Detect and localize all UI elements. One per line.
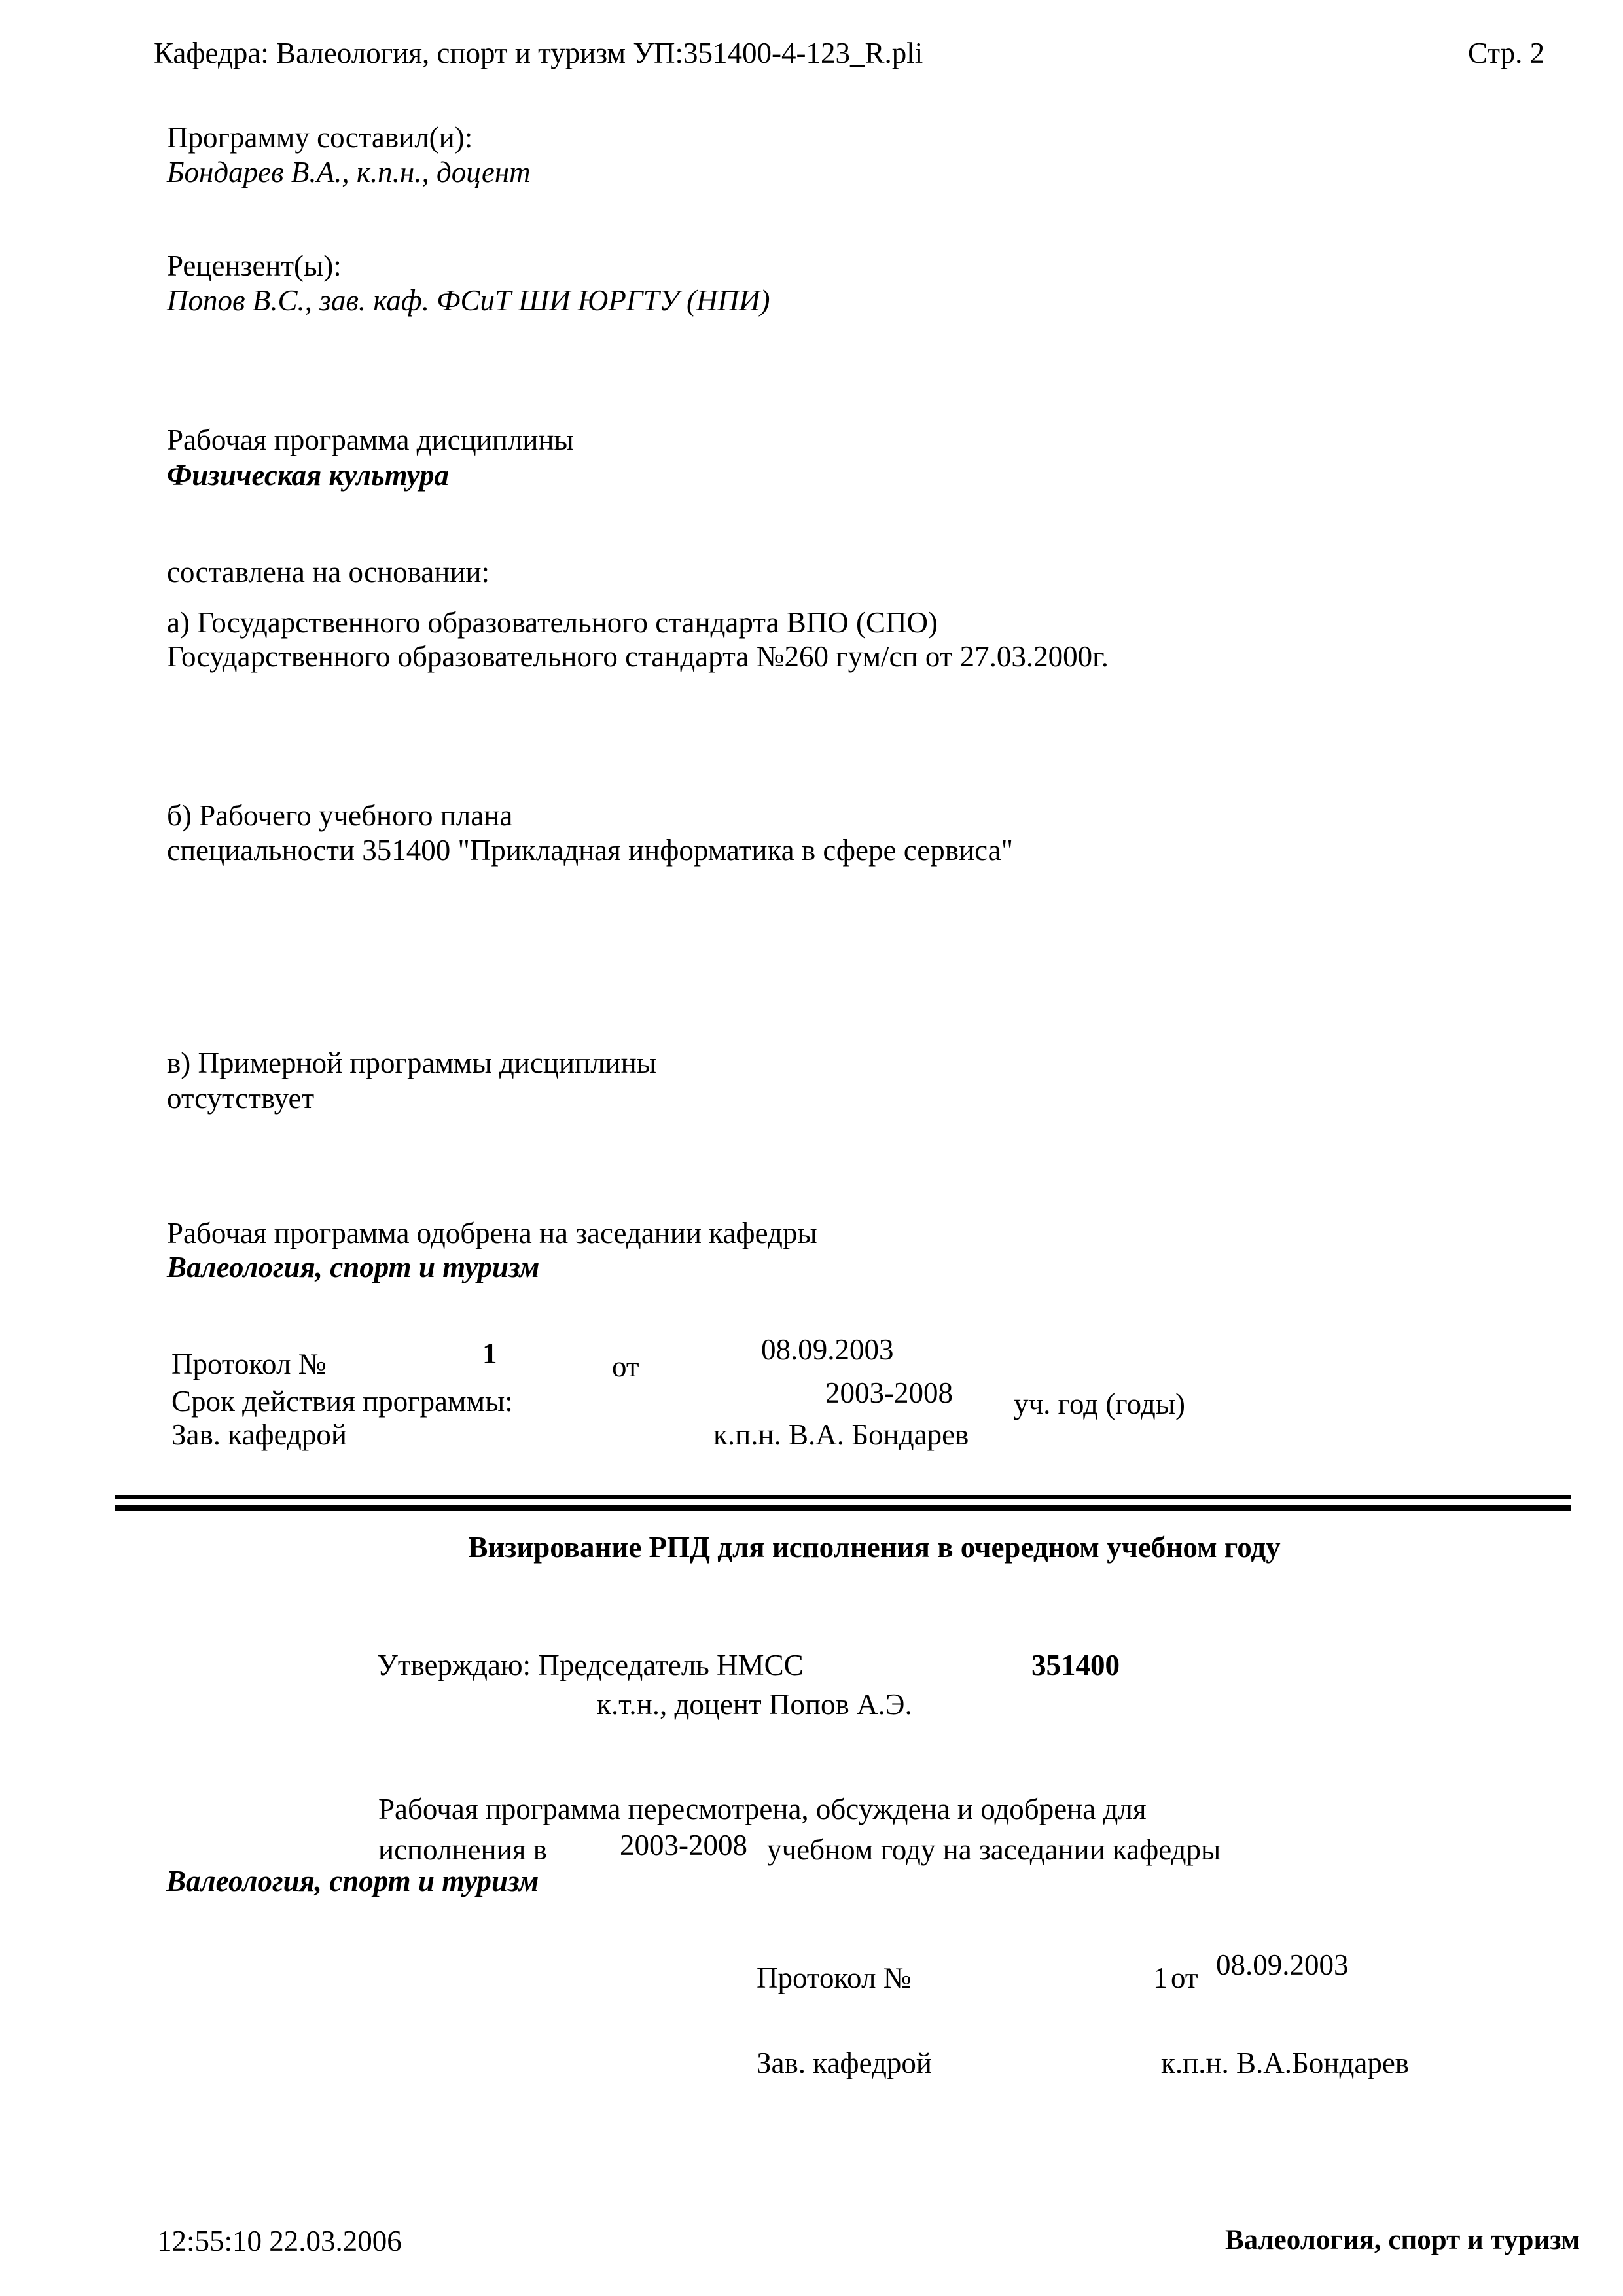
approved-block: Рабочая программа одобрена на заседании … <box>167 1216 817 1284</box>
approved-department: Валеология, спорт и туризм <box>167 1250 817 1284</box>
validity-suffix: уч. год (годы) <box>1014 1387 1185 1421</box>
basis-b-line2: специальности 351400 "Прикладная информа… <box>167 833 1013 868</box>
visa-approve-label: Утверждаю: Председатель НМСС <box>377 1648 804 1682</box>
protocol-label: Протокол № <box>171 1347 327 1381</box>
revision-years: 2003-2008 <box>620 1828 747 1862</box>
header-page-number: Стр. 2 <box>1468 36 1544 70</box>
validity-years: 2003-2008 <box>825 1376 953 1410</box>
reviewers-value: Попов В.С., зав. каф. ФСиТ ШИ ЮРГТУ (НПИ… <box>167 283 770 318</box>
validity-label: Срок действия программы: <box>171 1384 513 1418</box>
composers-label: Программу составил(и): <box>167 120 531 155</box>
program-label: Рабочая программа дисциплины <box>167 422 574 457</box>
reviewers-block: Рецензент(ы): Попов В.С., зав. каф. ФСиТ… <box>167 249 770 318</box>
visa-department: Валеология, спорт и туризм <box>166 1864 539 1898</box>
program-discipline: Физическая культура <box>167 457 574 493</box>
basis-a-block: а) Государственного образовательного ста… <box>167 605 1109 673</box>
basis-b-block: б) Рабочего учебного плана специальности… <box>167 798 1013 868</box>
composers-value: Бондарев В.А., к.п.н., доцент <box>167 155 531 190</box>
visa-head-label: Зав. кафедрой <box>757 2046 932 2080</box>
basis-a-line1: а) Государственного образовательного ста… <box>167 605 1109 639</box>
protocol-from-label: от <box>612 1350 639 1384</box>
basis-v-line2: отсутствует <box>167 1081 656 1116</box>
visa-protocol-label: Протокол № <box>757 1961 912 1995</box>
reviewers-label: Рецензент(ы): <box>167 249 770 283</box>
visa-title: Визирование РПД для исполнения в очередн… <box>126 1530 1623 1564</box>
revision-line1: Рабочая программа пересмотрена, обсужден… <box>378 1792 1147 1826</box>
document-page: Кафедра: Валеология, спорт и туризм УП:3… <box>0 0 1623 2296</box>
visa-protocol-from-label: от <box>1171 1961 1198 1995</box>
visa-head-name: к.п.н. В.А.Бондарев <box>1161 2046 1409 2080</box>
footer-timestamp: 12:55:10 22.03.2006 <box>157 2224 402 2258</box>
visa-specialty-code: 351400 <box>1031 1648 1120 1682</box>
visa-approver: к.т.н., доцент Попов А.Э. <box>597 1687 912 1721</box>
basis-v-line1: в) Примерной программы дисциплины <box>167 1045 656 1081</box>
double-rule-divider <box>115 1495 1571 1511</box>
approved-label: Рабочая программа одобрена на заседании … <box>167 1216 817 1250</box>
basis-label: составлена на основании: <box>167 555 490 589</box>
program-title-block: Рабочая программа дисциплины Физическая … <box>167 422 574 493</box>
visa-protocol-date: 08.09.2003 <box>1216 1948 1349 1982</box>
protocol-number: 1 <box>482 1336 497 1371</box>
basis-v-block: в) Примерной программы дисциплины отсутс… <box>167 1045 656 1116</box>
protocol-date: 08.09.2003 <box>761 1333 894 1367</box>
basis-b-line1: б) Рабочего учебного плана <box>167 798 1013 833</box>
head-name: к.п.н. В.А. Бондарев <box>713 1418 969 1452</box>
basis-a-line2: Государственного образовательного станда… <box>167 639 1109 673</box>
head-label: Зав. кафедрой <box>171 1418 347 1452</box>
composers-block: Программу составил(и): Бондарев В.А., к.… <box>167 120 531 190</box>
revision-line2-prefix: исполнения в <box>378 1833 547 1867</box>
header-department-line: Кафедра: Валеология, спорт и туризм УП:3… <box>154 36 923 70</box>
revision-line2-suffix: учебном году на заседании кафедры <box>767 1833 1221 1867</box>
visa-protocol-number: 1 <box>1153 1961 1168 1995</box>
footer-department: Валеология, спорт и туризм <box>1225 2224 1580 2256</box>
